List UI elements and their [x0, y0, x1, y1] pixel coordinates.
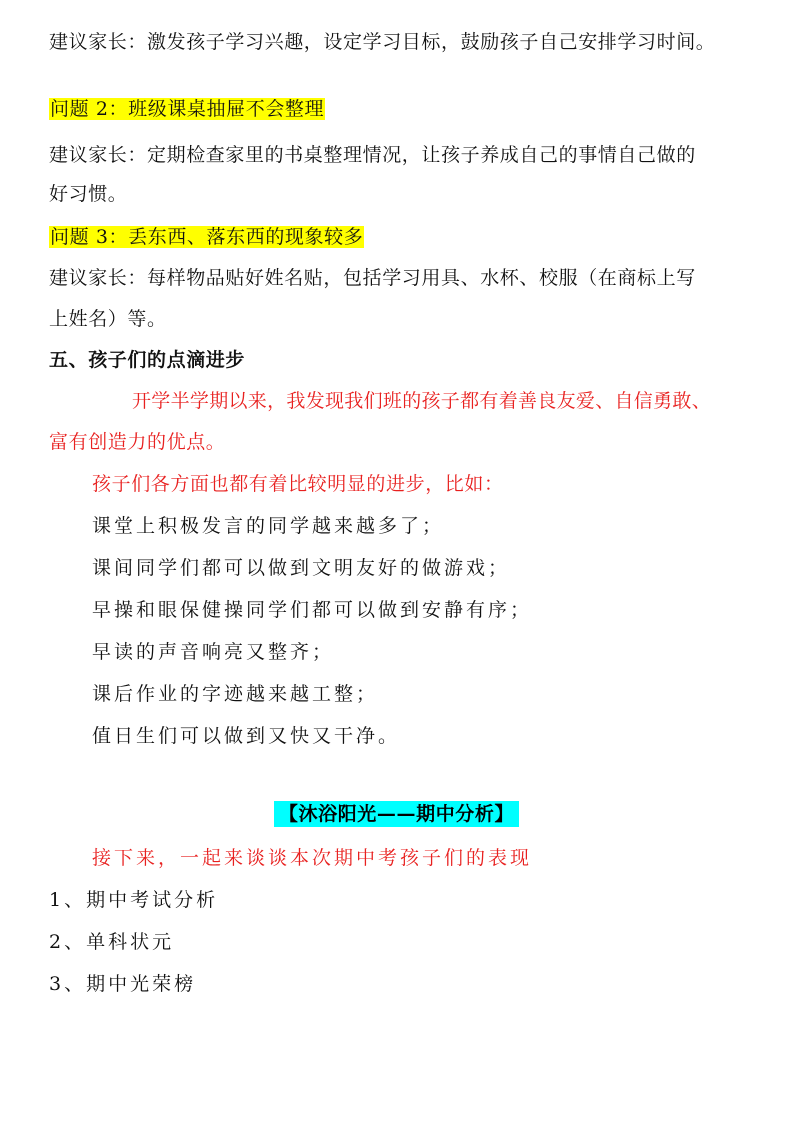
progress-intro-line-1: 开学半学期以来，我发现我们班的孩子都有着善良友爱、自信勇敢、: [132, 387, 711, 415]
midterm-title-row: 【沐浴阳光——期中分析】: [0, 800, 793, 828]
midterm-item: 1、期中考试分析: [49, 886, 218, 914]
problem-3-row: 问题 3：丢东西、落东西的现象较多: [49, 223, 364, 251]
section-5-heading: 五、孩子们的点滴进步: [49, 346, 245, 374]
advice-3-line-2: 上姓名）等。: [49, 305, 167, 333]
midterm-intro: 接下来，一起来谈谈本次期中考孩子们的表现: [92, 844, 532, 872]
progress-intro-line-2: 富有创造力的优点。: [49, 428, 225, 456]
midterm-item: 2、单科状元: [49, 928, 174, 956]
progress-item: 课间同学们都可以做到文明友好的做游戏；: [92, 554, 510, 582]
progress-item: 课后作业的字迹越来越工整；: [92, 680, 378, 708]
advice-2-line-2: 好习惯。: [49, 180, 127, 208]
midterm-item: 3、期中光荣榜: [49, 970, 196, 998]
problem-2-row: 问题 2：班级课桌抽屉不会整理: [49, 95, 325, 123]
advice-2-line-1: 建议家长：定期检查家里的书桌整理情况，让孩子养成自己的事情自己做的: [49, 141, 696, 169]
midterm-title: 【沐浴阳光——期中分析】: [274, 801, 519, 827]
advice-3-line-1: 建议家长：每样物品贴好姓名贴，包括学习用具、水杯、校服（在商标上写: [49, 264, 696, 292]
progress-item: 课堂上积极发言的同学越来越多了；: [92, 512, 444, 540]
problem-3-highlight: 问题 3：丢东西、落东西的现象较多: [49, 226, 364, 248]
progress-item: 值日生们可以做到又快又干净。: [92, 722, 400, 750]
progress-item: 早读的声音响亮又整齐；: [92, 638, 334, 666]
advice-1: 建议家长：激发孩子学习兴趣，设定学习目标，鼓励孩子自己安排学习时间。: [49, 28, 715, 56]
progress-lead: 孩子们各方面也都有着比较明显的进步，比如：: [92, 470, 504, 498]
progress-item: 早操和眼保健操同学们都可以做到安静有序；: [92, 596, 532, 624]
problem-2-highlight: 问题 2：班级课桌抽屉不会整理: [49, 98, 325, 120]
